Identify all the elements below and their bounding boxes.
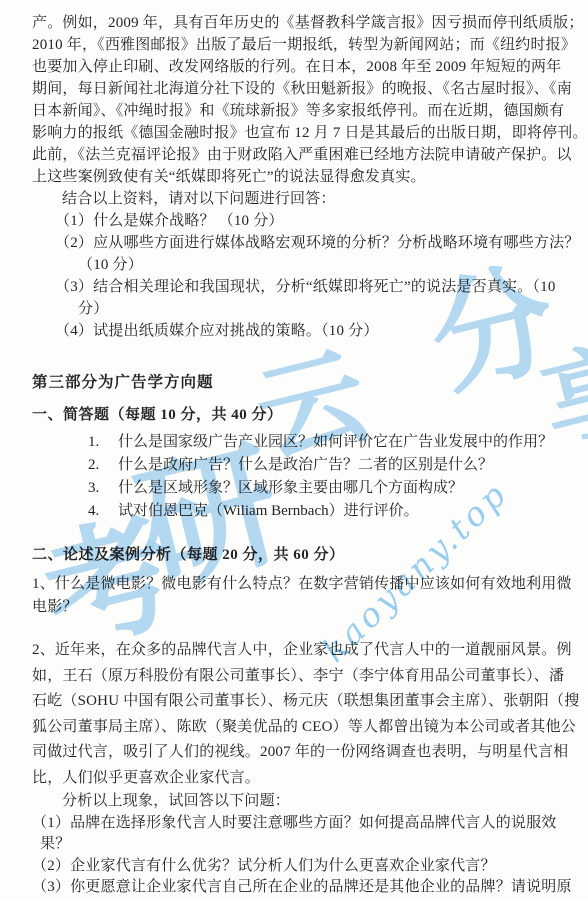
item-text: 什么是政府广告？什么是政治广告？二者的区别是什么？ <box>118 454 493 477</box>
question-line-continued: 电影？ <box>32 596 564 619</box>
question-line: 1、什么是微电影？微电影有什么特点？在数字营销传播中应该如何有效地利用微 <box>32 573 564 596</box>
essay2-sub-questions: （1）品牌在选择形象代言人时要注意哪些方面？如何提高品牌代言人的说服效 果？ （… <box>32 813 564 899</box>
paragraph-line: 日本新闻》、《冲绳时报》和《琉球新报》等多家报纸停刊。而在近期，德国颇有 <box>32 100 564 122</box>
list-item: 1. 什么是国家级广告产业园区？如何评价它在广告业发展中的作用？ <box>32 431 564 454</box>
list-item: 4. 试对伯恩巴克（Wiliam Bernbach）进行评价。 <box>32 500 564 523</box>
document-page: 产。例如，2009 年，具有百年历史的《基督教科学箴言报》因亏损而停刊纸质版； … <box>0 0 588 900</box>
question-line-continued: 果？ <box>32 834 564 856</box>
question-line: （3）结合相关理论和我国现状，分析“纸媒即将死亡”的说法是否真实。（10 <box>32 276 564 298</box>
paragraph-line: 产。例如，2009 年，具有百年历史的《基督教科学箴言报》因亏损而停刊纸质版； <box>32 12 564 34</box>
question-line: （1）品牌在选择形象代言人时要注意哪些方面？如何提高品牌代言人的说服效 <box>32 813 564 835</box>
item-text: 试对伯恩巴克（Wiliam Bernbach）进行评价。 <box>118 500 419 523</box>
paragraph-line: 司做过代言，吸引了人们的视线。2007 年的一份网络调查也表明，与明星代言相 <box>32 740 564 766</box>
exam-paper-content: 产。例如，2009 年，具有百年历史的《基督教科学箴言报》因亏损而停刊纸质版； … <box>0 0 588 899</box>
paragraph-line: 如，王石（原万科股份有限公司董事长）、李宁（李宁体育用品公司董事长）、潘 <box>32 664 564 690</box>
item-number: 1. <box>32 431 118 454</box>
question-line: （2）企业家代言有什么优劣？试分析人们为什么更喜欢企业家代言？ <box>32 856 564 878</box>
list-item: 2. 什么是政府广告？什么是政治广告？二者的区别是什么？ <box>32 454 564 477</box>
essay2-prompt: 分析以上现象，试回答以下问题： <box>32 791 564 813</box>
section2-title: 二、论述及案例分析（每题 20 分，共 60 分） <box>32 544 564 566</box>
item-number: 3. <box>32 477 118 500</box>
paragraph-line: 比，人们似乎更喜欢企业家代言。 <box>32 766 564 792</box>
item-number: 2. <box>32 454 118 477</box>
list-item: 3. 什么是区域形象？区域形象主要由哪几个方面构成？ <box>32 477 564 500</box>
item-text: 什么是区域形象？区域形象主要由哪几个方面构成？ <box>118 477 463 500</box>
paragraph-line: 此前，《法兰克福评论报》由于财政陷入严重困难已经地方法院申请破产保护。以 <box>32 144 564 166</box>
part3-heading: 第三部分为广告学方向题 <box>32 372 564 394</box>
question-line: （3）你更愿意让企业家代言自己所在企业的品牌还是其他企业的品牌？请说明原 <box>32 877 564 899</box>
paragraph-line: 上这些案例致使有关“纸媒即将死亡”的说法显得愈发真实。 <box>32 166 564 188</box>
paragraph-line: 石屹（SOHU 中国有限公司董事长）、杨元庆（联想集团董事会主席）、张朝阳（搜 <box>32 689 564 715</box>
essay-question-1: 1、什么是微电影？微电影有什么特点？在数字营销传播中应该如何有效地利用微 电影？ <box>32 573 564 619</box>
section1-title: 一、简答题（每题 10 分，共 40 分） <box>32 404 564 426</box>
paragraph-line: 狐公司董事局主席）、陈欧（聚美优品的 CEO）等人都曾出镜为本公司或者其他公 <box>32 715 564 741</box>
paragraph-line: 也要加入停止印刷、改发网络版的行列。在日本，2008 年至 2009 年短短的两… <box>32 56 564 78</box>
paragraph-line: 2010 年，《西雅图邮报》出版了最后一期报纸，转型为新闻网站；而《纽约时报》 <box>32 34 564 56</box>
paragraph-line: 2、近年来，在众多的品牌代言人中，企业家也成了代言人中的一道靓丽风景。例 <box>32 638 564 664</box>
question-line-continued: （10 分） <box>32 254 564 276</box>
essay-question-2: 2、近年来，在众多的品牌代言人中，企业家也成了代言人中的一道靓丽风景。例 如，王… <box>32 638 564 791</box>
case-study-questions: （1）什么是媒介战略？ （10 分） （2）应从哪些方面进行媒体战略宏观环境的分… <box>32 210 564 342</box>
question-line-continued: 分） <box>32 298 564 320</box>
item-text: 什么是国家级广告产业园区？如何评价它在广告业发展中的作用？ <box>118 431 553 454</box>
paragraph-line: 影响力的报纸《德国金融时报》也宣布 12 月 7 日是其最后的出版日期，即将停刊… <box>32 122 564 144</box>
item-number: 4. <box>32 500 118 523</box>
case-study-paragraph: 产。例如，2009 年，具有百年历史的《基督教科学箴言报》因亏损而停刊纸质版； … <box>32 12 564 188</box>
question-line: （4）试提出纸质媒介应对挑战的策略。（10 分） <box>32 320 564 342</box>
question-line: （2）应从哪些方面进行媒体战略宏观环境的分析？分析战略环境有哪些方法？ <box>32 232 564 254</box>
case-study-prompt: 结合以上资料，请对以下问题进行回答： <box>32 188 564 210</box>
short-answer-list: 1. 什么是国家级广告产业园区？如何评价它在广告业发展中的作用？ 2. 什么是政… <box>32 431 564 523</box>
paragraph-line: 期间，每日新闻社北海道分社下设的《秋田魁新报》的晚报、《名古屋时报》、《南 <box>32 78 564 100</box>
question-line: （1）什么是媒介战略？ （10 分） <box>32 210 564 232</box>
